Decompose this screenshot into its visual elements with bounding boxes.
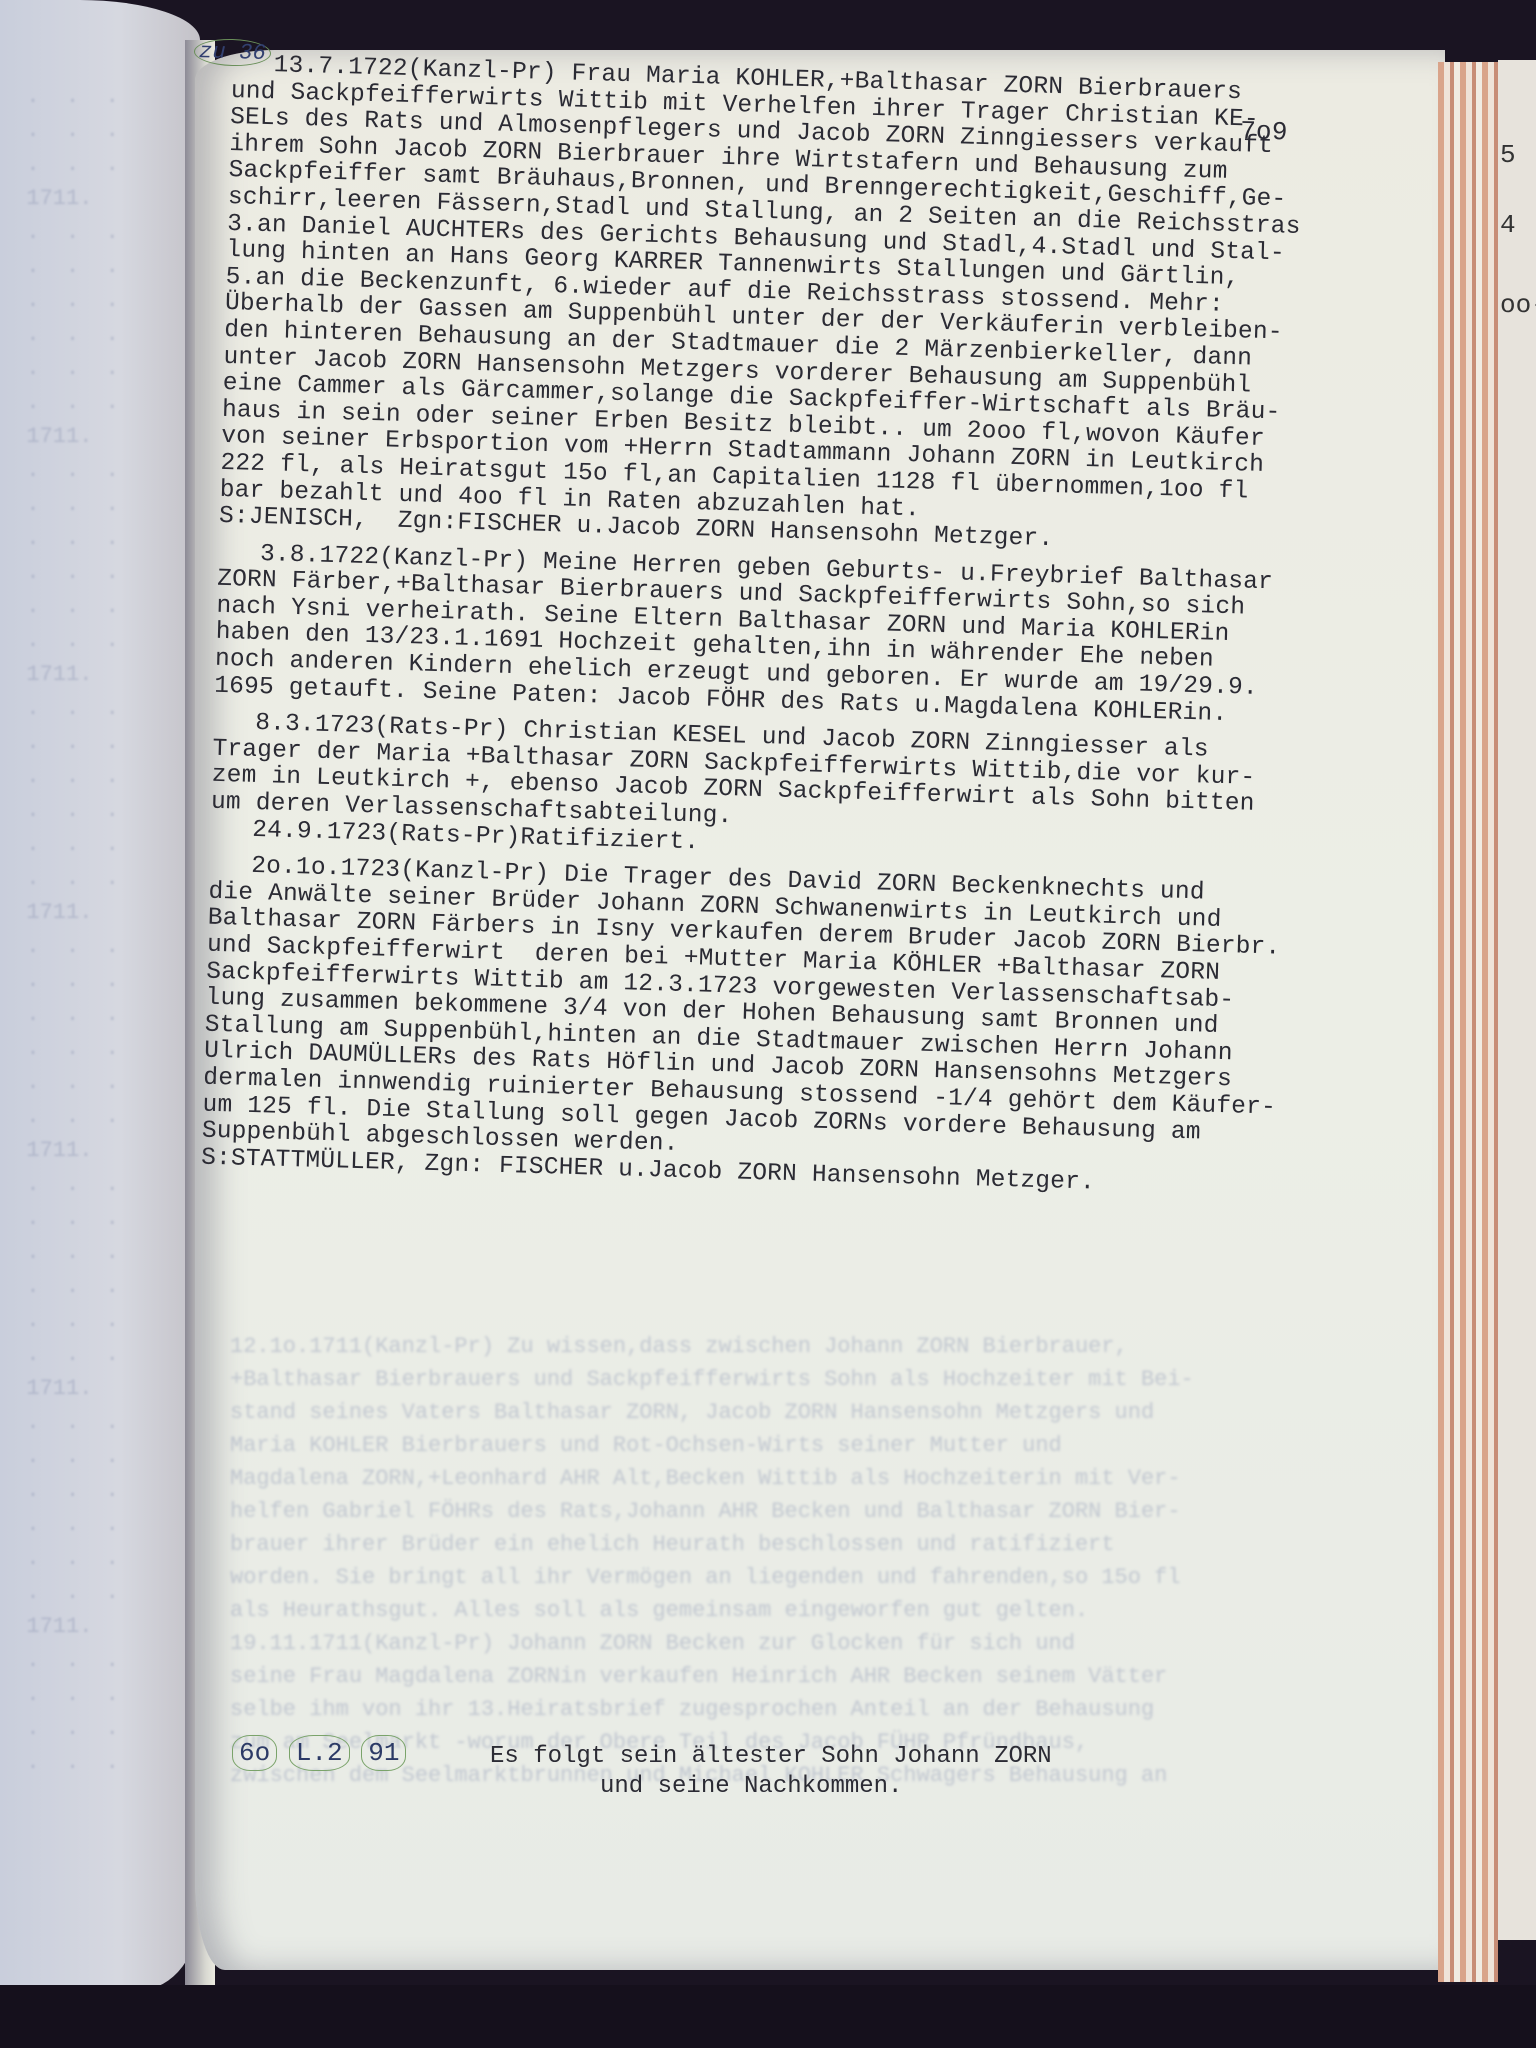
- ref-code: 6o: [232, 1735, 277, 1771]
- footer-reference-codes: 6o L.2 91: [232, 1738, 402, 1768]
- entry-1723-03-08: 8.3.1723(Rats-Pr) Christian KESEL und Ja…: [210, 710, 1413, 876]
- footer-line-1: Es folgt sein ältester Sohn Johann ZORN: [490, 1743, 1052, 1770]
- footer-note: Es folgt sein ältester Sohn Johann ZORN …: [490, 1742, 1052, 1802]
- entry-1723-10-20: 2o.1o.1723(Kanzl-Pr) Die Trager des Davi…: [201, 853, 1409, 1206]
- right-fragment: oo-: [1500, 290, 1536, 320]
- page-edges: [1438, 62, 1498, 1982]
- typed-record: zu 36 7o9 13.7.1722(Kanzl-Pr) Frau Maria…: [200, 52, 1431, 1215]
- entry-1722-08-03: 3.8.1722(Kanzl-Pr) Meine Herren geben Ge…: [214, 540, 1418, 733]
- right-fragment: 5: [1500, 140, 1516, 170]
- left-page: . . . . . . . . . 1711. . . . . . . . . …: [0, 0, 200, 1990]
- next-page-strip: 5 4 oo-: [1498, 60, 1536, 1940]
- table-surface: [0, 1985, 1536, 2048]
- footer-line-2: und seine Nachkommen.: [490, 1772, 1052, 1802]
- ref-code: L.2: [289, 1735, 350, 1771]
- right-fragment: 4: [1500, 210, 1516, 240]
- left-page-bleed-text: . . . . . . . . . 1711. . . . . . . . . …: [0, 80, 190, 1880]
- show-through-text: 12.1o.1711(Kanzl-Pr) Zu wissen,dass zwis…: [230, 1330, 1410, 1920]
- ref-code: 91: [361, 1735, 406, 1771]
- page-number: 7o9: [1240, 118, 1288, 146]
- reference-mark: zu 36: [194, 39, 272, 68]
